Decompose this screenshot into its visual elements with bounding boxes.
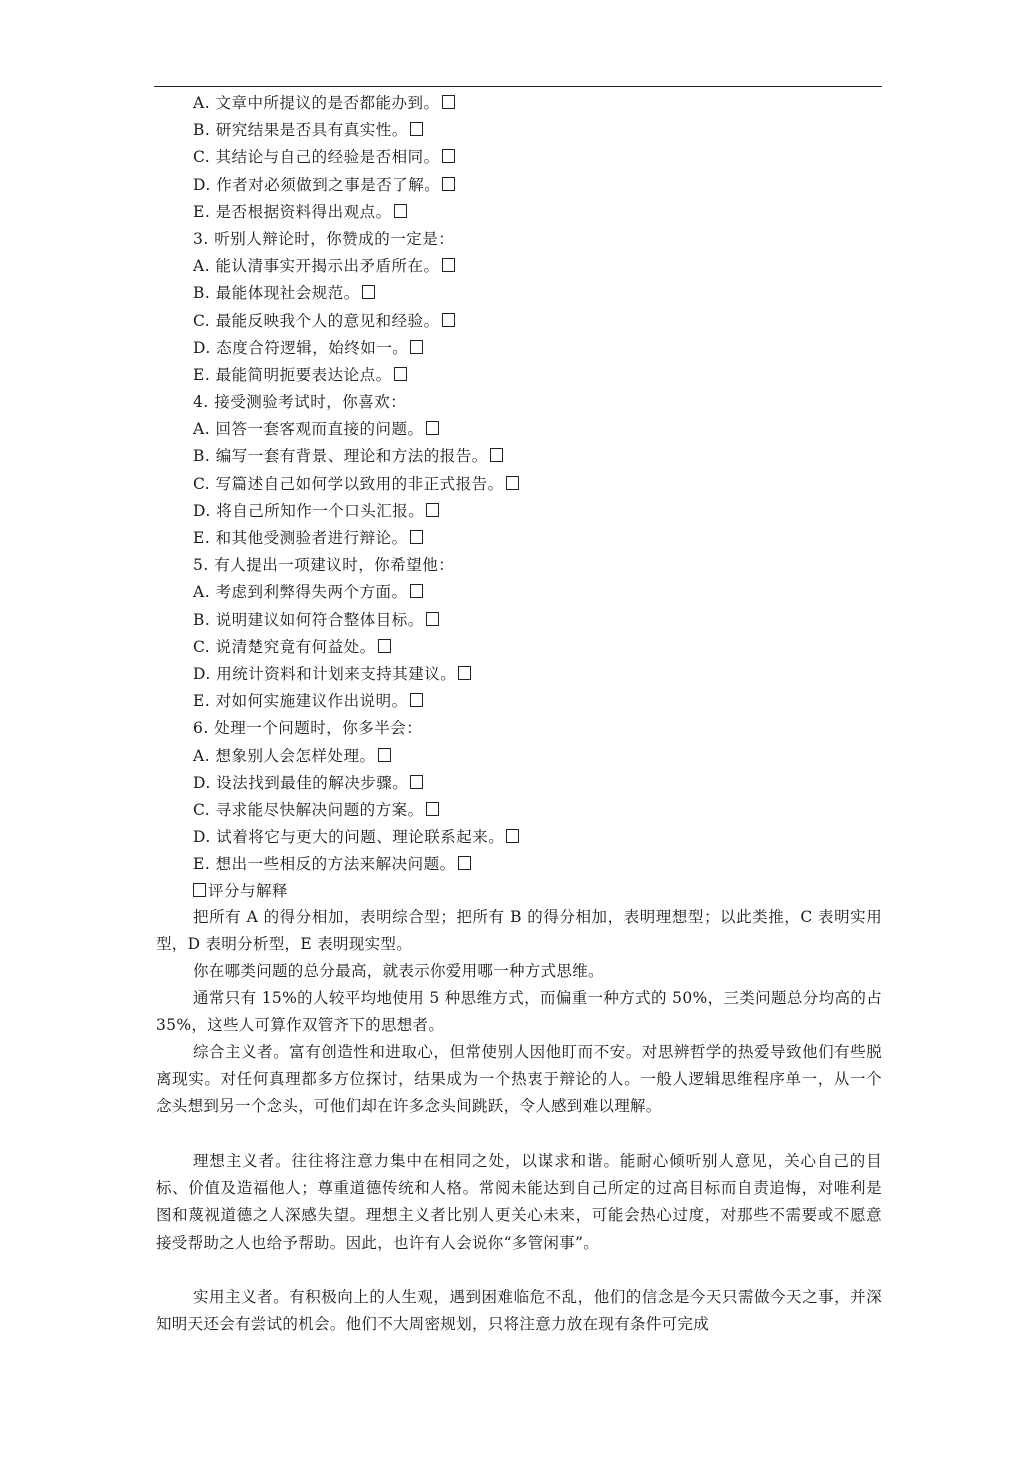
list-item: C. 写篇述自己如何学以致用的非正式报告。 <box>193 471 893 498</box>
checkbox-icon[interactable] <box>394 204 407 218</box>
checkbox-icon[interactable] <box>442 313 455 327</box>
paragraph-scoring: 把所有 A 的得分相加，表明综合型；把所有 B 的得分相加，表明理想型；以此类推… <box>156 904 882 958</box>
list-item: B. 编写一套有背景、理论和方法的报告。 <box>193 443 893 470</box>
checkbox-icon[interactable] <box>458 666 471 680</box>
checkbox-icon[interactable] <box>410 775 423 789</box>
list-item: E. 最能简明扼要表达论点。 <box>193 362 893 389</box>
checkbox-icon <box>193 883 206 897</box>
checkbox-icon[interactable] <box>490 448 503 462</box>
checkbox-icon[interactable] <box>442 95 455 109</box>
list-item: A. 文章中所提议的是否都能办到。 <box>193 90 893 117</box>
checkbox-icon[interactable] <box>410 340 423 354</box>
paragraph-synthesist: 综合主义者。富有创造性和进取心，但常使别人因他盯而不安。对思辨哲学的热爱导致他们… <box>156 1039 882 1121</box>
checkbox-icon[interactable] <box>506 829 519 843</box>
checkbox-icon[interactable] <box>458 856 471 870</box>
question-heading: 6. 处理一个问题时，你多半会： <box>193 715 893 742</box>
checkbox-icon[interactable] <box>410 122 423 136</box>
list-item: A. 能认清事实开揭示出矛盾所在。 <box>193 253 893 280</box>
question-list: A. 文章中所提议的是否都能办到。 B. 研究结果是否具有真实性。 C. 其结论… <box>193 90 893 906</box>
paragraph-idealist: 理想主义者。往往将注意力集中在相同之处，以谋求和谐。能耐心倾听别人意见，关心自己… <box>156 1148 882 1257</box>
checkbox-icon[interactable] <box>426 802 439 816</box>
checkbox-icon[interactable] <box>410 530 423 544</box>
paragraph-statistics: 通常只有 15%的人较平均地使用 5 种思维方式，而偏重一种方式的 50%，三类… <box>156 985 882 1039</box>
list-item: D. 设法找到最佳的解决步骤。 <box>193 770 893 797</box>
list-item: D. 试着将它与更大的问题、理论联系起来。 <box>193 824 893 851</box>
list-item: B. 说明建议如何符合整体目标。 <box>193 607 893 634</box>
checkbox-icon[interactable] <box>362 285 375 299</box>
question-heading: 5. 有人提出一项建议时，你希望他： <box>193 552 893 579</box>
checkbox-icon[interactable] <box>378 639 391 653</box>
list-item: D. 态度合符逻辑，始终如一。 <box>193 335 893 362</box>
checkbox-icon[interactable] <box>426 421 439 435</box>
list-item: C. 最能反映我个人的意见和经验。 <box>193 308 893 335</box>
list-item: C. 说清楚究竟有何益处。 <box>193 634 893 661</box>
checkbox-icon[interactable] <box>426 503 439 517</box>
checkbox-icon[interactable] <box>442 177 455 191</box>
checkbox-icon[interactable] <box>506 476 519 490</box>
question-heading: 4. 接受测验考试时，你喜欢： <box>193 389 893 416</box>
question-heading: 3. 听别人辩论时，你赞成的一定是： <box>193 226 893 253</box>
checkbox-icon[interactable] <box>410 584 423 598</box>
list-item: A. 考虑到利弊得失两个方面。 <box>193 579 893 606</box>
list-item: E. 想出一些相反的方法来解决问题。 <box>193 851 893 878</box>
paragraph-pragmatist: 实用主义者。有积极向上的人生观，遇到困难临危不乱，他们的信念是今天只需做今天之事… <box>156 1284 882 1338</box>
list-item: C. 其结论与自己的经验是否相同。 <box>193 144 893 171</box>
list-item: D. 用统计资料和计划来支持其建议。 <box>193 661 893 688</box>
list-item: E. 是否根据资料得出观点。 <box>193 199 893 226</box>
list-item: B. 研究结果是否具有真实性。 <box>193 117 893 144</box>
checkbox-icon[interactable] <box>378 748 391 762</box>
paragraph-summary: 你在哪类问题的总分最高，就表示你爱用哪一种方式思维。 <box>156 958 882 985</box>
checkbox-icon[interactable] <box>442 149 455 163</box>
header-rule <box>154 86 882 87</box>
checkbox-icon[interactable] <box>394 367 407 381</box>
list-item: E. 和其他受测验者进行辩论。 <box>193 525 893 552</box>
list-item: D. 作者对必须做到之事是否了解。 <box>193 172 893 199</box>
checkbox-icon[interactable] <box>410 693 423 707</box>
list-item: D. 将自己所知作一个口头汇报。 <box>193 498 893 525</box>
list-item: A. 回答一套客观而直接的问题。 <box>193 416 893 443</box>
checkbox-icon[interactable] <box>426 612 439 626</box>
list-item: B. 最能体现社会规范。 <box>193 280 893 307</box>
checkbox-icon[interactable] <box>442 258 455 272</box>
section-heading: 评分与解释 <box>193 878 893 905</box>
list-item: C. 寻求能尽快解决问题的方案。 <box>193 797 893 824</box>
list-item: E. 对如何实施建议作出说明。 <box>193 688 893 715</box>
list-item: A. 想象别人会怎样处理。 <box>193 743 893 770</box>
